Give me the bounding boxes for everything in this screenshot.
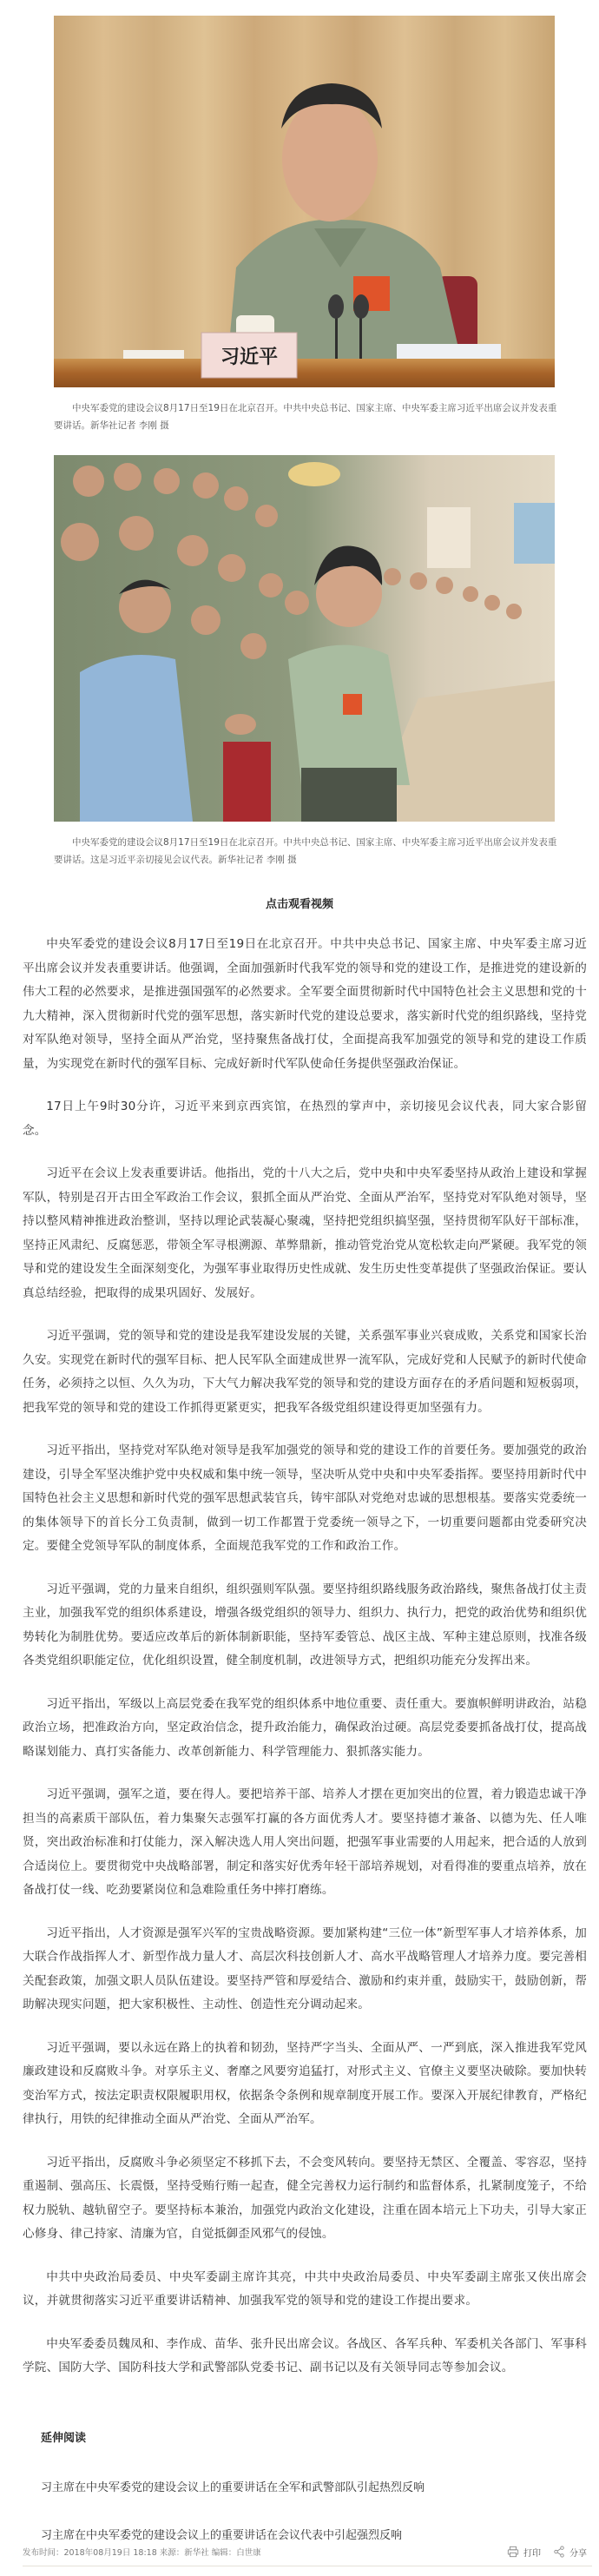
print-button[interactable]: 打印: [507, 2546, 541, 2559]
photo-image: [54, 455, 555, 822]
article-paragraph: 中央军委委员魏凤和、李作成、苗华、张升民出席会议。各战区、各军兵种、军委机关各部…: [23, 2333, 587, 2381]
article-paragraph: 习近平指出，反腐败斗争必须坚定不移抓下去，不会变风转向。要坚持无禁区、全覆盖、零…: [23, 2151, 587, 2247]
photo-xi-speaking: 习近平: [54, 16, 555, 387]
printer-icon: [507, 2546, 519, 2558]
photo-caption-2: 中央军委党的建设会议8月17日至19日在北京召开。中共中央总书记、国家主席、中央…: [54, 834, 557, 869]
article-paragraph: 习近平指出，坚持党对军队绝对领导是我军加强党的领导和党的建设工作的首要任务。要加…: [23, 1439, 587, 1559]
name-plate-text: 习近平: [221, 346, 278, 368]
photo-xi-handshake: [54, 455, 555, 822]
article-paragraph: 习近平强调，强军之道，要在得人。要把培养干部、培养人才摆在更加突出的位置，着力锻…: [23, 1783, 587, 1903]
extended-reading-link[interactable]: 习主席在中央军委党的建设会议上的重要讲话在全军和武警部队引起热烈反响: [41, 2478, 425, 2494]
watch-video-link[interactable]: 点击观看视频: [0, 895, 599, 911]
article-body: 中央军委党的建设会议8月17日至19日在北京召开。中共中央总书记、国家主席、中央…: [23, 933, 587, 2400]
article-paragraph: 习近平指出，人才资源是强军兴军的宝贵战略资源。要加紧构建“三位一体”新型军事人才…: [23, 1922, 587, 2018]
share-icon: [553, 2546, 565, 2558]
article-paragraph: 中央军委党的建设会议8月17日至19日在北京召开。中共中央总书记、国家主席、中央…: [23, 933, 587, 1076]
extended-reading-title: 延伸阅读: [41, 2428, 425, 2445]
extended-reading-link[interactable]: 习主席在中央军委党的建设会议上的重要讲话在会议代表中引起强烈反响: [41, 2526, 425, 2542]
share-label: 分享: [569, 2546, 587, 2559]
article-footer: 发布时间：2018年08月19日 18:18 来源：新华社 编辑：白世康 打印 …: [23, 2542, 592, 2561]
publish-meta: 发布时间：2018年08月19日 18:18 来源：新华社 编辑：白世康: [23, 2546, 261, 2558]
article-paragraph: 习近平强调，要以永远在路上的执着和韧劲，坚持严字当头、全面从严、一严到底，深入推…: [23, 2037, 587, 2132]
article-paragraph: 中共中央政治局委员、中央军委副主席许其亮，中共中央政治局委员、中央军委副主席张又…: [23, 2266, 587, 2314]
share-button[interactable]: 分享: [553, 2546, 587, 2559]
footer-actions: 打印 分享: [507, 2546, 587, 2559]
photo-image: 习近平: [54, 16, 555, 387]
print-label: 打印: [523, 2546, 541, 2559]
article-paragraph: 17日上午9时30分许，习近平来到京西宾馆，在热烈的掌声中，亲切接见会议代表，同…: [23, 1095, 587, 1143]
article-paragraph: 习近平在会议上发表重要讲话。他指出，党的十八大之后，党中央和中央军委坚持从政治上…: [23, 1162, 587, 1305]
article-paragraph: 习近平强调，党的领导和党的建设是我军建设发展的关键，关系强军事业兴衰成败，关系党…: [23, 1324, 587, 1420]
footer-divider: [23, 2566, 592, 2566]
article-paragraph: 习近平强调，党的力量来自组织，组织强则军队强。要坚持组织路线服务政治路线，聚焦备…: [23, 1578, 587, 1674]
photo-caption-1: 中央军委党的建设会议8月17日至19日在北京召开。中共中央总书记、国家主席、中央…: [54, 400, 557, 434]
article-paragraph: 习近平指出，军级以上高层党委在我军党的组织体系中地位重要、责任重大。要旗帜鲜明讲…: [23, 1693, 587, 1765]
